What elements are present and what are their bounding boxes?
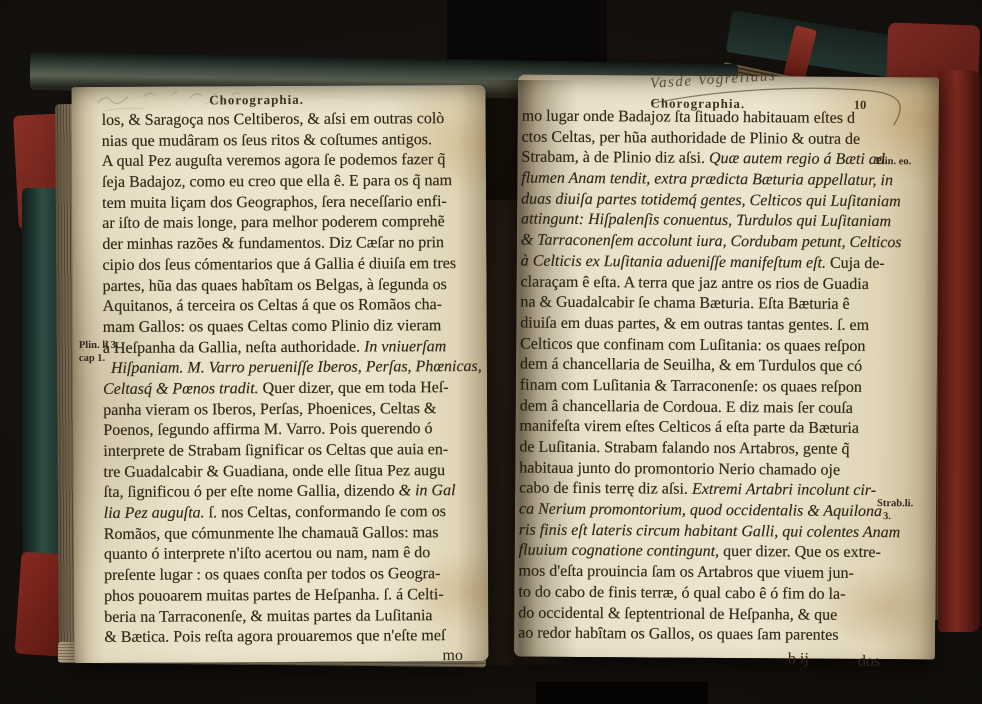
latin-quote-segment: fluuium cognatione contingunt, bbox=[519, 542, 720, 560]
text-line: & Tarraconenſem accolunt iura, Cordubam … bbox=[521, 231, 899, 254]
text-line: Hiſpaniam. M. Varro perueniſſe Iberos, P… bbox=[103, 357, 483, 380]
text-segment: tre Guadalcabir & Guadiana, onde elle ſi… bbox=[103, 462, 445, 481]
text-line: A qual Pez auguſta veremos agora ſe pode… bbox=[102, 150, 482, 173]
text-line: ar iſto de mais longe, para melhor poder… bbox=[102, 212, 482, 235]
text-line: habitaua junto do promontorio Nerio cham… bbox=[519, 458, 900, 481]
text-line: phos pouoarem muitas partes de Heſpanha.… bbox=[104, 585, 484, 608]
text-line: tem muita liçam dos Geographos, ſera nec… bbox=[102, 192, 482, 215]
text-line: quanto ó interprete n'iſto acertou ou na… bbox=[104, 543, 484, 566]
text-line: preſente lugar : os quaes conſta per tod… bbox=[104, 564, 484, 587]
text-line: de Luſitania. Strabam falando nos Artabr… bbox=[519, 438, 900, 461]
text-line: manifeſta virem eſtes Celticos á eſta pa… bbox=[520, 417, 901, 440]
text-segment: A qual Pez auguſta veremos agora ſe pode… bbox=[102, 152, 446, 171]
text-segment: Celticos que confinam com Luſitania: os … bbox=[520, 335, 865, 354]
text-line: beria na Tarraconenſe, & muitas partes d… bbox=[104, 605, 484, 628]
text-segment: á Heſpanha da Gallia, neſta authoridade. bbox=[103, 338, 364, 356]
text-line: cipio dos ſeus cómentarios que á Gallia … bbox=[102, 254, 482, 277]
text-line: Romãos, que cómunmente lhe chamauã Gallo… bbox=[104, 523, 484, 546]
text-segment: preſente lugar : os quaes conſta per tod… bbox=[104, 565, 440, 584]
latin-quote-segment: & Tarraconenſem accolunt iura, Cordubam … bbox=[521, 232, 902, 252]
text-segment: manifeſta virem eſtes Celticos á eſta pa… bbox=[520, 418, 860, 437]
text-segment: Cuja de- bbox=[826, 255, 885, 272]
latin-quote-segment: Quæ autem regio á Bæti ad bbox=[709, 150, 885, 168]
text-segment: to do cabo de finis terræ, ó qual cabo ê… bbox=[518, 583, 845, 602]
text-line: Aquitanos, á terceira os Celtas á que os… bbox=[103, 295, 483, 318]
text-line: dem á chancellaria de Seuilha, & em Turd… bbox=[520, 355, 901, 378]
text-segment: los, & Saragoça nos Celtiberos, & aſsi e… bbox=[102, 110, 445, 129]
text-segment: diuiſa em duas partes, & em outras tanta… bbox=[520, 314, 869, 333]
text-segment: partes, hũa das quaes habîtam os Belgas,… bbox=[102, 276, 446, 295]
text-line: á Heſpanha da Gallia, neſta authoridade.… bbox=[103, 337, 483, 360]
text-segment: & Bætica. Pois reſta agora prouaremos qu… bbox=[104, 627, 445, 646]
text-line: cabo de finis terrę diz aſsi. Extremi Ar… bbox=[519, 479, 900, 502]
text-segment: Poenos, ſegundo affirma M. Varro. Pois q… bbox=[103, 421, 432, 440]
text-line: ſeja Badajoz, como eu creo que ella ê. E… bbox=[102, 171, 482, 194]
text-segment: quer dizer. Que os extre- bbox=[719, 543, 881, 561]
text-line: mos d'eſta prouincia ſam os Artabros que… bbox=[518, 562, 899, 585]
text-segment: cabo de finis terrę diz aſsi. bbox=[519, 480, 692, 498]
text-line: ca Nerium promontorium, quod occidentali… bbox=[519, 500, 900, 523]
text-segment: tem muita liçam dos Geographos, ſera nec… bbox=[102, 193, 447, 212]
text-segment: Romãos, que cómunmente lhe chamauã Gallo… bbox=[104, 524, 439, 543]
text-segment: interprete de Strabam ſignificar os Celt… bbox=[103, 441, 448, 460]
text-segment: do occidental & ſeptentrional de Heſpanh… bbox=[518, 604, 837, 623]
text-segment: ſta, ſignificou ó per eſte nome Gallia, … bbox=[104, 483, 399, 502]
text-segment: habitaua junto do promontorio Nerio cham… bbox=[519, 459, 840, 478]
book-cover-edge-right bbox=[938, 70, 980, 632]
text-line: Strabam, à de Plinio diz aſsi. Quæ autem… bbox=[521, 148, 902, 171]
text-segment: ao redor habîtam os Gallos, os quaes ſam… bbox=[518, 625, 838, 644]
text-line: Poenos, ſegundo affirma M. Varro. Pois q… bbox=[103, 419, 483, 442]
text-line: fluuium cognatione contingunt, quer dize… bbox=[519, 541, 900, 564]
text-segment: mos d'eſta prouincia ſam os Artabros que… bbox=[519, 563, 854, 582]
text-segment: beria na Tarraconenſe, & muitas partes d… bbox=[104, 607, 432, 626]
text-segment: na & Guadalcabir ſe chama Bæturia. Eſta … bbox=[520, 294, 849, 313]
text-segment: mam Gallos: os quaes Celtas como Plinio … bbox=[103, 317, 442, 336]
text-line: finam com Luſitania & Tarraconenſe: os q… bbox=[520, 375, 901, 398]
text-segment: mo lugar onde Badajoz ſta ſituado habita… bbox=[522, 108, 855, 127]
text-column-right: mo lugar onde Badajoz ſta ſituado habita… bbox=[518, 107, 903, 670]
text-line: partes, hũa das quaes habîtam os Belgas,… bbox=[102, 274, 482, 297]
text-segment: ar iſto de mais longe, para melhor poder… bbox=[102, 214, 445, 233]
text-line: claraçam ê eſta. A terra que jaz antre o… bbox=[521, 272, 902, 295]
book-stand-strap-bottom bbox=[536, 682, 708, 704]
latin-quote-segment: ca Nerium promontorium, quod occidentali… bbox=[519, 501, 882, 521]
latin-quote-segment: Celtasq́ & Pœnos tradit. bbox=[103, 380, 259, 398]
text-line: der minhas razões & fundamentos. Diz Cæſ… bbox=[102, 233, 482, 256]
text-segment: claraçam ê eſta. A terra que jaz antre o… bbox=[521, 273, 869, 292]
latin-quote-segment: lia Pez auguſta. bbox=[104, 504, 205, 522]
text-column-left: los, & Saragoça nos Celtiberos, & aſsi e… bbox=[102, 109, 485, 671]
text-line: ao redor habîtam os Gallos, os quaes ſam… bbox=[518, 624, 899, 647]
text-segment: nias que mudâram os ſeus ritos & coſtume… bbox=[102, 131, 432, 150]
text-segment: dem á chancellaria de Seuilha, & em Turd… bbox=[520, 356, 862, 375]
text-line: Celtasq́ & Pœnos tradit. Quer dizer, que… bbox=[103, 378, 483, 401]
latin-quote-segment: attingunt: Hiſpalenſis conuentus, Turdul… bbox=[521, 211, 891, 231]
text-segment: ctos Celtas, per hũa authoridade de Plin… bbox=[522, 128, 861, 147]
text-segment: dem â chancellaria de Cordoua. E diz mai… bbox=[520, 397, 853, 416]
text-line: dem â chancellaria de Cordoua. E diz mai… bbox=[520, 396, 901, 419]
text-segment: ſeja Badajoz, como eu creo que ella ê. E… bbox=[102, 172, 452, 191]
text-line: flumen Anam tendit, extra prædicta Bætur… bbox=[521, 169, 902, 192]
catchword-right: dos bbox=[858, 653, 880, 671]
text-line: lia Pez auguſta. ſ. nos Celtas, conforma… bbox=[104, 502, 484, 525]
text-segment: finam com Luſitania & Tarraconenſe: os q… bbox=[520, 376, 862, 395]
text-line: ctos Celtas, per hũa authoridade de Plin… bbox=[522, 127, 903, 150]
latin-quote-segment: à Celticis ex Luſitania adueniſſe manife… bbox=[521, 252, 826, 271]
text-line: ris finis eſt lateris circum habitant Ga… bbox=[519, 520, 900, 543]
latin-quote-segment: ris finis eſt lateris circum habitant Ga… bbox=[519, 521, 900, 541]
text-segment: ſ. nos Celtas, conformando ſe com os bbox=[205, 503, 446, 521]
text-line: diuiſa em duas partes, & em outras tanta… bbox=[520, 313, 901, 336]
latin-quote-segment: & in Gal bbox=[399, 482, 456, 499]
text-line: panha vieram os Iberos, Perſas, Phoenice… bbox=[103, 399, 483, 422]
text-line: nias que mudâram os ſeus ritos & coſtume… bbox=[102, 130, 482, 153]
text-segment: Strabam, à de Plinio diz aſsi. bbox=[521, 149, 709, 167]
latin-quote-segment: In vniuerſam bbox=[364, 338, 446, 355]
text-segment: cipio dos ſeus cómentarios que á Gallia … bbox=[102, 255, 456, 274]
text-segment: phos pouoarem muitas partes de Heſpanha.… bbox=[104, 586, 444, 605]
text-line: à Celticis ex Luſitania adueniſſe manife… bbox=[521, 251, 902, 274]
text-segment: Quer dizer, que em toda Heſ- bbox=[259, 379, 449, 397]
text-line: tre Guadalcabir & Guadiana, onde elle ſi… bbox=[103, 461, 483, 484]
text-line: duas diuiſa partes totidemq́ gentes, Cel… bbox=[521, 189, 902, 212]
text-line: mam Gallos: os quaes Celtas como Plinio … bbox=[103, 316, 483, 339]
text-segment: der minhas razões & fundamentos. Diz Cæſ… bbox=[102, 234, 444, 253]
text-line: mo lugar onde Badajoz ſta ſituado habita… bbox=[522, 107, 903, 130]
text-segment: de Luſitania. Strabam falando nos Artabr… bbox=[519, 439, 849, 458]
text-line: & Bætica. Pois reſta agora prouaremos qu… bbox=[104, 626, 484, 649]
latin-quote-segment: Hiſpaniam. M. Varro perueniſſe Iberos, P… bbox=[111, 358, 482, 377]
text-segment: Aquitanos, á terceira os Celtas á que os… bbox=[103, 296, 443, 315]
book-photograph: Chorographia. Plin. li 3. cap 1. los, & … bbox=[0, 0, 982, 704]
text-line: ſta, ſignificou ó per eſte nome Gallia, … bbox=[104, 481, 484, 504]
text-line: Celticos que confinam com Luſitania: os … bbox=[520, 334, 901, 357]
right-page: Vasde Vogrellaus Chorographia. 10 Plin. … bbox=[514, 75, 939, 660]
signature-mark: b ij bbox=[788, 650, 809, 668]
catchword-left: mo bbox=[442, 647, 463, 665]
latin-quote-segment: flumen Anam tendit, extra prædicta Bætur… bbox=[521, 170, 893, 190]
text-line: na & Guadalcabir ſe chama Bæturia. Eſta … bbox=[520, 293, 901, 316]
latin-quote-segment: Extremi Artabri incolunt cir- bbox=[692, 481, 876, 499]
text-line: los, & Saragoça nos Celtiberos, & aſsi e… bbox=[102, 109, 482, 132]
text-line: do occidental & ſeptentrional de Heſpanh… bbox=[518, 603, 899, 626]
latin-quote-segment: duas diuiſa partes totidemq́ gentes, Cel… bbox=[521, 190, 901, 210]
text-line: attingunt: Hiſpalenſis conuentus, Turdul… bbox=[521, 210, 902, 233]
running-header-left: Chorographia. bbox=[102, 91, 412, 109]
text-line: to do cabo de finis terræ, ó qual cabo ê… bbox=[518, 582, 899, 605]
text-line: interprete de Strabam ſignificar os Celt… bbox=[103, 440, 483, 463]
left-page: Chorographia. Plin. li 3. cap 1. los, & … bbox=[71, 85, 488, 663]
text-segment: panha vieram os Iberos, Perſas, Phoenice… bbox=[103, 400, 436, 419]
text-segment: quanto ó interprete n'iſto acertou ou na… bbox=[104, 545, 430, 564]
